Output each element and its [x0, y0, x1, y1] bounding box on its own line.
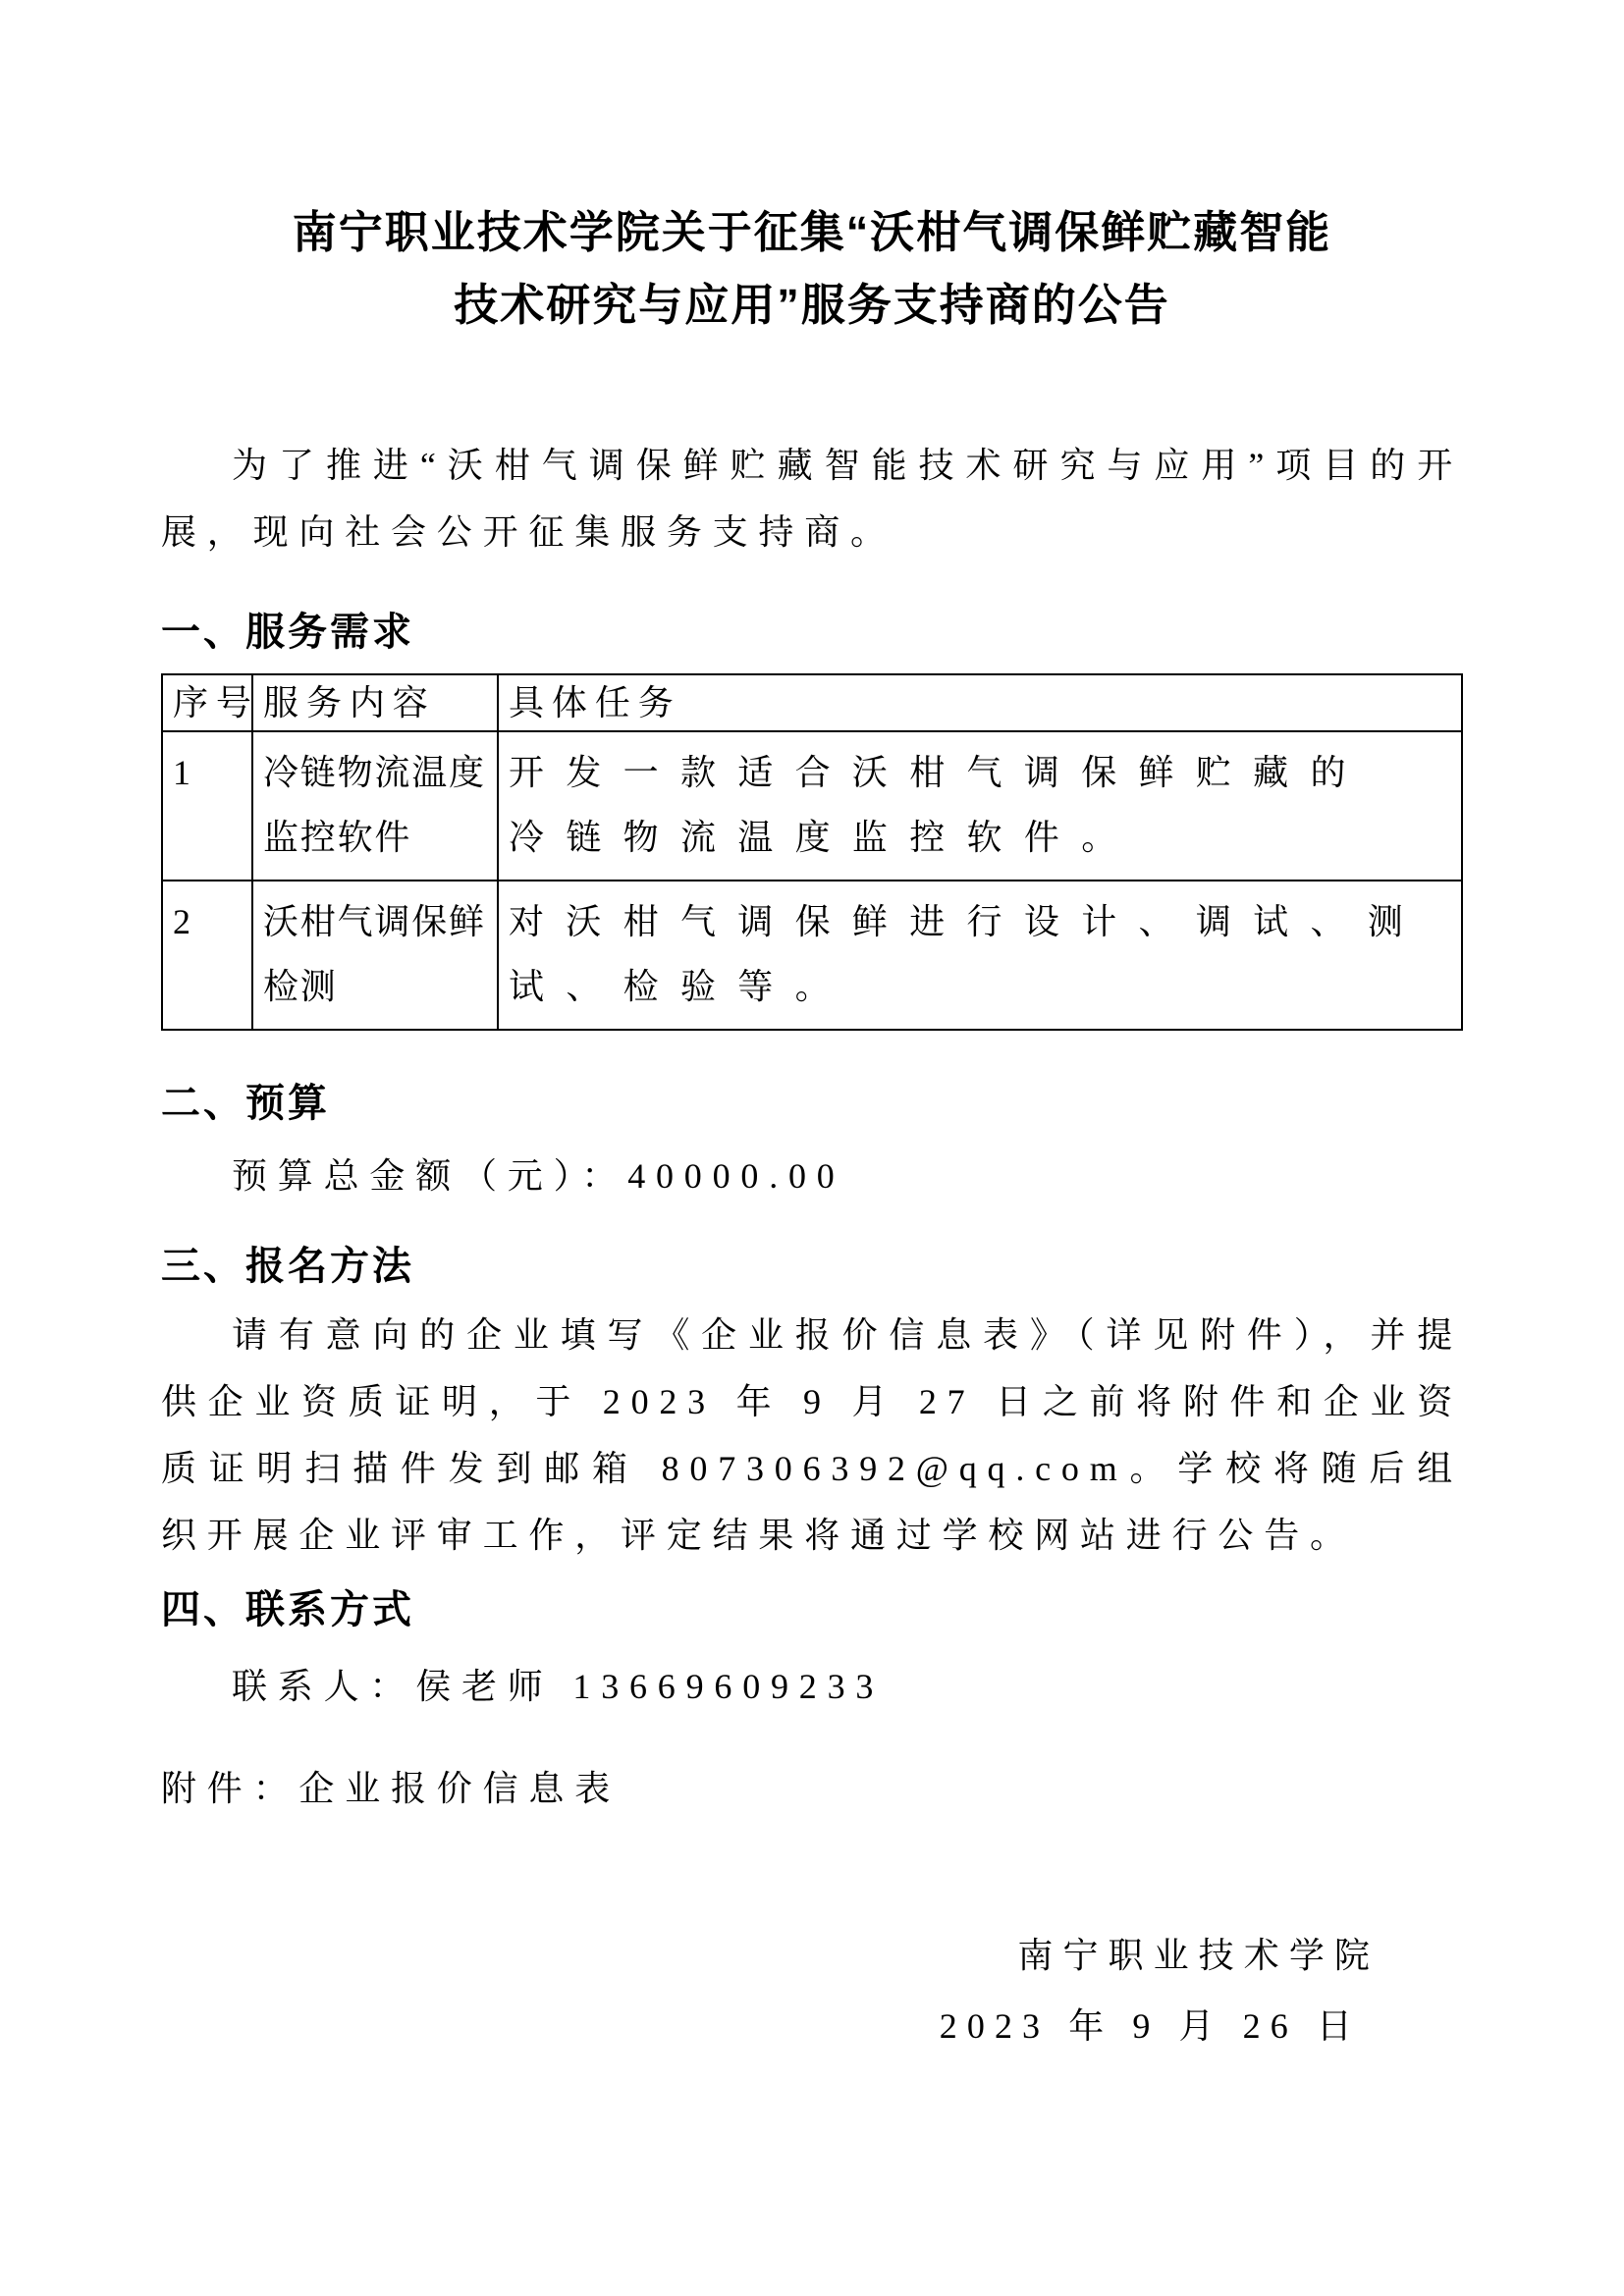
- section-heading-budget: 二、预算: [161, 1076, 1463, 1131]
- row1-task: 开发一款适合沃柑气调保鲜贮藏的 冷链物流温度监控软件。: [498, 731, 1462, 881]
- column-header-service-content: 服务内容: [252, 674, 498, 731]
- row1-service-content: 冷链物流温度 监控软件: [252, 731, 498, 881]
- signature-organization: 南宁职业技术学院: [161, 1920, 1380, 1991]
- registration-paragraph: 请有意向的企业填写《企业报价信息表》（详见附件），并提供企业资质证明，于 202…: [161, 1302, 1463, 1569]
- column-header-no: 序号: [162, 674, 252, 731]
- row1-no: 1: [162, 731, 252, 881]
- signature-block: 南宁职业技术学院 2023 年 9 月 26 日: [161, 1920, 1463, 2061]
- intro-paragraph: 为了推进“沃柑气调保鲜贮藏智能技术研究与应用”项目的开展，现向社会公开征集服务支…: [161, 432, 1463, 565]
- column-header-task: 具体任务: [498, 674, 1462, 731]
- document-page: 南宁职业技术学院关于征集“沃柑气调保鲜贮藏智能 技术研究与应用”服务支持商的公告…: [0, 0, 1624, 2296]
- section-heading-service-requirements: 一、服务需求: [161, 605, 1463, 660]
- page-title: 南宁职业技术学院关于征集“沃柑气调保鲜贮藏智能 技术研究与应用”服务支持商的公告: [161, 196, 1463, 342]
- budget-amount: 预算总金额（元）：40000.00: [161, 1143, 1463, 1209]
- table-header-row: 序号 服务内容 具体任务: [162, 674, 1462, 731]
- table-row: 1 冷链物流温度 监控软件 开发一款适合沃柑气调保鲜贮藏的 冷链物流温度监控软件…: [162, 731, 1462, 881]
- section-heading-registration-method: 三、报名方法: [161, 1239, 1463, 1294]
- attachment-line: 附件：企业报价信息表: [161, 1755, 1463, 1822]
- signature-date: 2023 年 9 月 26 日: [161, 1991, 1380, 2061]
- service-requirements-table: 序号 服务内容 具体任务 1 冷链物流温度 监控软件 开发一款适合沃柑气调保鲜贮…: [161, 673, 1463, 1031]
- row2-task: 对沃柑气调保鲜进行设计、调试、测 试、检验等。: [498, 881, 1462, 1030]
- row2-service-content: 沃柑气调保鲜 检测: [252, 881, 498, 1030]
- contact-line: 联系人：侯老师 13669609233: [161, 1653, 1463, 1720]
- row2-no: 2: [162, 881, 252, 1030]
- section-heading-contact: 四、联系方式: [161, 1582, 1463, 1637]
- table-row: 2 沃柑气调保鲜 检测 对沃柑气调保鲜进行设计、调试、测 试、检验等。: [162, 881, 1462, 1030]
